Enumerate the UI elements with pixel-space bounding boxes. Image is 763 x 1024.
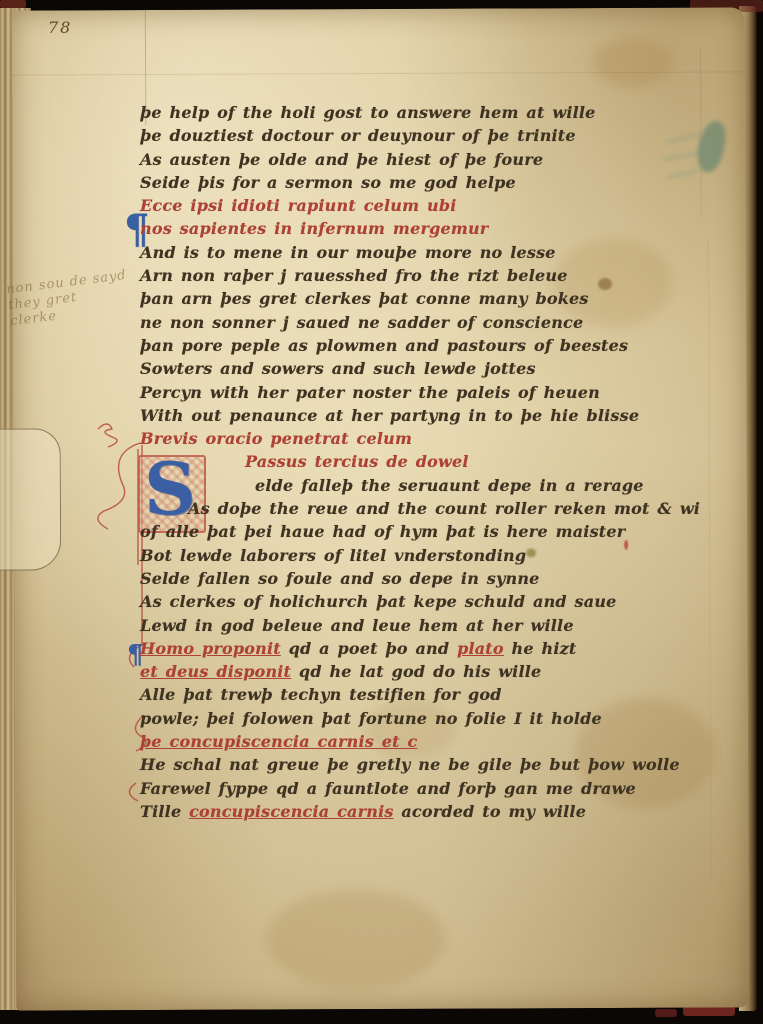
manuscript-line: As doþe the reue and the count roller re…	[140, 499, 740, 522]
manuscript-line: He schal nat greue þe gretly ne be gile …	[140, 755, 740, 778]
manuscript-line: As clerkes of holichurch þat kepe schuld…	[140, 592, 740, 615]
manuscript-line: Passus tercius de dowel	[140, 452, 740, 475]
manuscript-line: Brevis oracio penetrat celum	[140, 429, 740, 452]
manuscript-line: Alle þat trewþ techyn testifien for god	[140, 685, 740, 708]
parchment-tab	[0, 428, 61, 570]
manuscript-line: þe douztiest doctour or deuynour of þe t…	[140, 126, 740, 149]
stain	[266, 889, 446, 990]
manuscript-line: Lewd in god beleue and leue hem at her w…	[140, 616, 740, 639]
binding-peek-bottom-right-2	[655, 1009, 677, 1017]
binding-corner-top-left	[0, 0, 26, 8]
manuscript-line: And is to mene in our mouþe more no less…	[140, 243, 740, 266]
manuscript-line: Tille concupiscencia carnis acorded to m…	[140, 802, 740, 825]
manuscript-line: As austen þe olde and þe hiest of þe fou…	[140, 150, 740, 173]
manuscript-line: þan pore peple as plowmen and pastours o…	[140, 336, 740, 359]
manuscript-line: Arn non raþer j rauesshed fro the rizt b…	[140, 266, 740, 289]
text-block: þe help of the holi gost to answere hem …	[140, 103, 740, 825]
manuscript-line: of alle þat þei haue had of hym þat is h…	[140, 522, 740, 545]
manuscript-line: Homo proponit qd a poet þo and plato he …	[140, 639, 740, 662]
manuscript-line: Selde fallen so foule and so depe in syn…	[140, 569, 740, 592]
manuscript-line: powle; þei folowen þat fortune no folie …	[140, 709, 740, 732]
manuscript-line: Seide þis for a sermon so me god helpe	[140, 173, 740, 196]
manuscript-line: Sowters and sowers and such lewde jottes	[140, 359, 740, 382]
manuscript-line: With out penaunce at her partyng in to þ…	[140, 406, 740, 429]
manuscript-line: elde falleþ the seruaunt depe in a rerag…	[140, 476, 740, 499]
manuscript-line: Bot lewde laborers of litel vnderstondin…	[140, 546, 740, 569]
manuscript-line: þan arn þes gret clerkes þat conne many …	[140, 289, 740, 312]
manuscript-line: et deus disponit qd he lat god do his wi…	[140, 662, 740, 685]
manuscript-line: Farewel fyppe qd a fauntlote and forþ ga…	[140, 779, 740, 802]
manuscript-line: ne non sonner j saued ne sadder of consc…	[140, 313, 740, 336]
manuscript-line: þe help of the holi gost to answere hem …	[140, 103, 740, 126]
manuscript-line: þe concupiscencia carnis et c	[140, 732, 740, 755]
manuscript-line: nos sapientes in infernum mergemur	[140, 219, 740, 242]
stain	[592, 38, 672, 88]
manuscript-line: Percyn with her pater noster the paleis …	[140, 383, 740, 406]
folio-number: 78	[48, 18, 72, 37]
manuscript-photo: { "photo": { "folio_number": "78" }, "co…	[0, 0, 763, 1024]
manuscript-line: Ecce ipsi idioti rapiunt celum ubi	[140, 196, 740, 219]
